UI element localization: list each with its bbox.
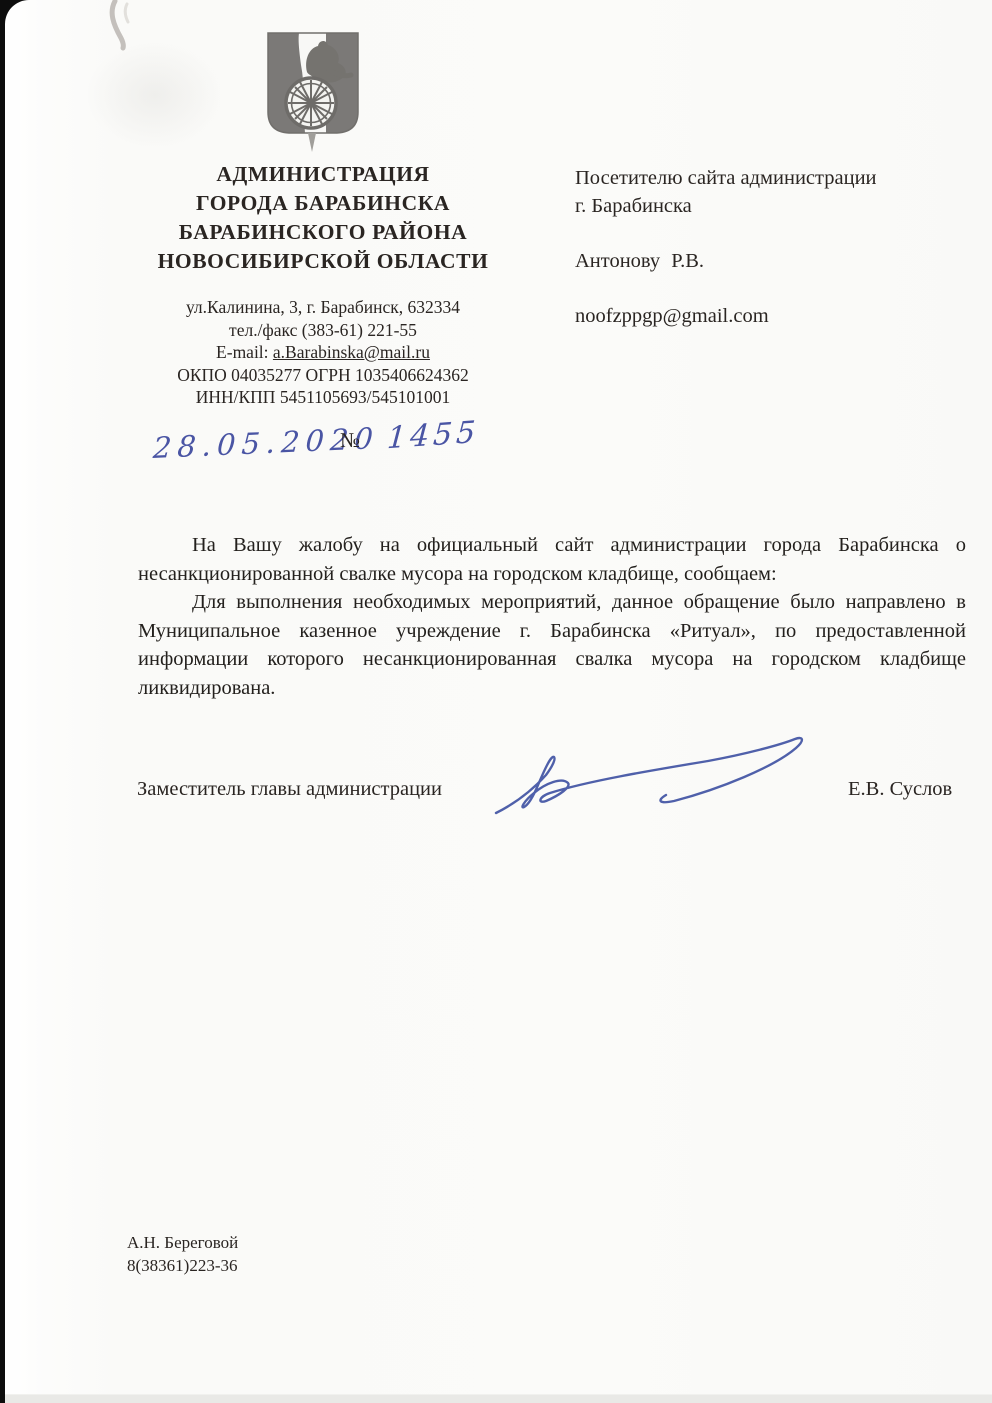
org-okpo-ogrn-line: ОКПО 04035277 ОГРН 1035406624362 <box>133 364 513 387</box>
handwritten-signature-icon <box>488 731 818 821</box>
org-name-line-3: БАРАБИНСКОГО РАЙОНА <box>133 218 513 247</box>
recipient-block: Посетителю сайта администрации г. Бараби… <box>575 164 975 330</box>
number-sign: № <box>340 428 360 453</box>
recipient-line-2: г. Барабинска <box>575 192 975 220</box>
signatory-name: Е.В. Суслов <box>848 778 952 801</box>
body-paragraph-1: На Вашу жалобу на официальный сайт админ… <box>138 531 966 588</box>
executor-block: А.Н. Береговой 8(38361)223-36 <box>127 1232 238 1277</box>
signatory-title: Заместитель главы администрации <box>137 778 442 801</box>
org-name-line-2: ГОРОДА БАРАБИНСКА <box>133 189 513 218</box>
coat-of-arms-barabinsk-icon <box>261 30 365 154</box>
recipient-email: noofzppgp@gmail.com <box>575 302 975 330</box>
scan-smudge-mark <box>97 0 167 60</box>
scan-bottom-edge <box>5 1394 992 1403</box>
org-email-address: a.Barabinska@mail.ru <box>273 342 430 362</box>
executor-name: А.Н. Береговой <box>127 1232 238 1255</box>
handwritten-number: 1455 <box>386 415 481 457</box>
date-number-line: 28.05.2020 № 1455 <box>135 420 635 480</box>
org-name-line-1: АДМИНИСТРАЦИЯ <box>133 160 513 189</box>
org-email-line: E-mail: a.Barabinska@mail.ru <box>133 341 513 364</box>
executor-phone: 8(38361)223-36 <box>127 1255 238 1278</box>
org-name-block: АДМИНИСТРАЦИЯ ГОРОДА БАРАБИНСКА БАРАБИНС… <box>133 160 513 276</box>
org-email-label: E-mail: <box>216 342 273 362</box>
letter-body: На Вашу жалобу на официальный сайт админ… <box>138 531 966 703</box>
org-address-line: ул.Калинина, 3, г. Барабинск, 632334 <box>133 296 513 319</box>
body-paragraph-2: Для выполнения необходимых мероприятий, … <box>138 588 966 702</box>
scanned-letter-page: АДМИНИСТРАЦИЯ ГОРОДА БАРАБИНСКА БАРАБИНС… <box>0 0 992 1403</box>
org-contact-block: ул.Калинина, 3, г. Барабинск, 632334 тел… <box>133 296 513 409</box>
recipient-name: Антонову Р.В. <box>575 247 975 275</box>
recipient-line-1: Посетителю сайта администрации <box>575 164 975 192</box>
org-phone-line: тел./факс (383-61) 221-55 <box>133 319 513 342</box>
org-name-line-4: НОВОСИБИРСКОЙ ОБЛАСТИ <box>133 247 513 276</box>
paper-sheet: АДМИНИСТРАЦИЯ ГОРОДА БАРАБИНСКА БАРАБИНС… <box>5 0 992 1403</box>
org-inn-kpp-line: ИНН/КПП 5451105693/545101001 <box>133 386 513 409</box>
